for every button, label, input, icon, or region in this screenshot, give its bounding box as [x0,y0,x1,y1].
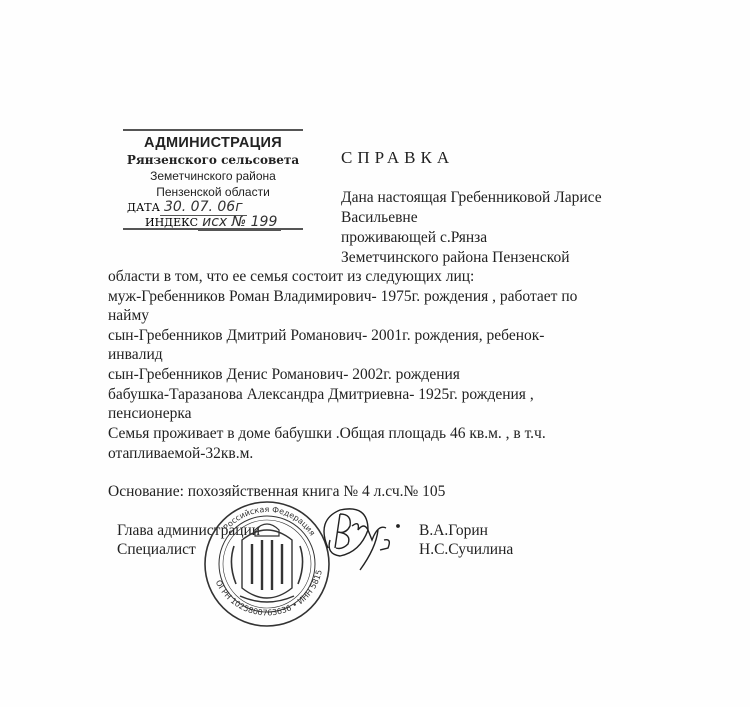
body-line: муж-Гребенников Роман Владимирович- 1975… [108,288,577,306]
body-line: найму [108,307,149,325]
stamp-date: ДАТА30. 07. 06г [127,199,307,215]
body-line: инвалид [108,346,163,364]
body-line: отапливаемой-32кв.м. [108,445,253,463]
document-page: АДМИНИСТРАЦИЯ Рянзенского сельсовета Зем… [0,0,750,707]
intro-line: проживающей с.Рянза [341,229,487,247]
intro-line: Дана настоящая Гребенниковой Ларисе [341,189,602,207]
stamp-council: Рянзенского сельсовета [123,153,303,167]
administration-stamp: АДМИНИСТРАЦИЯ Рянзенского сельсовета Зем… [123,129,303,230]
body-line: сын-Гребенников Дмитрий Романович- 2001г… [108,327,544,345]
stamp-district: Земетчинского района [123,169,303,183]
intro-line: Земетчинского района Пензенской [341,249,570,267]
stamp-region: Пензенской области [123,185,303,199]
specialist-title: Специалист [117,541,196,559]
stamp-title: АДМИНИСТРАЦИЯ [123,135,303,151]
stamp-index: ИНДЕКСисх № 199 [145,214,325,230]
body-line: бабушка-Таразанова Александра Дмитриевна… [108,386,534,404]
intro-line: Васильевне [341,209,418,227]
signature-icon [324,509,399,570]
basis-line: Основание: похозяйственная книга № 4 л.с… [108,483,445,501]
body-line: Семья проживает в доме бабушки .Общая пл… [108,425,546,443]
document-title: СПРАВКА [341,148,454,168]
official-seal-and-signature: Российская Федерация ОГРН 1025800763636 … [200,500,440,660]
body-line: области в том, что ее семья состоит из с… [108,268,474,286]
date-label: ДАТА [127,201,160,214]
index-label: ИНДЕКС [145,216,198,229]
body-line: пенсионерка [108,405,192,423]
seal-icon [205,502,329,626]
index-value: исх № 199 [198,214,281,231]
body-line: сын-Гребенников Денис Романович- 2002г. … [108,366,460,384]
